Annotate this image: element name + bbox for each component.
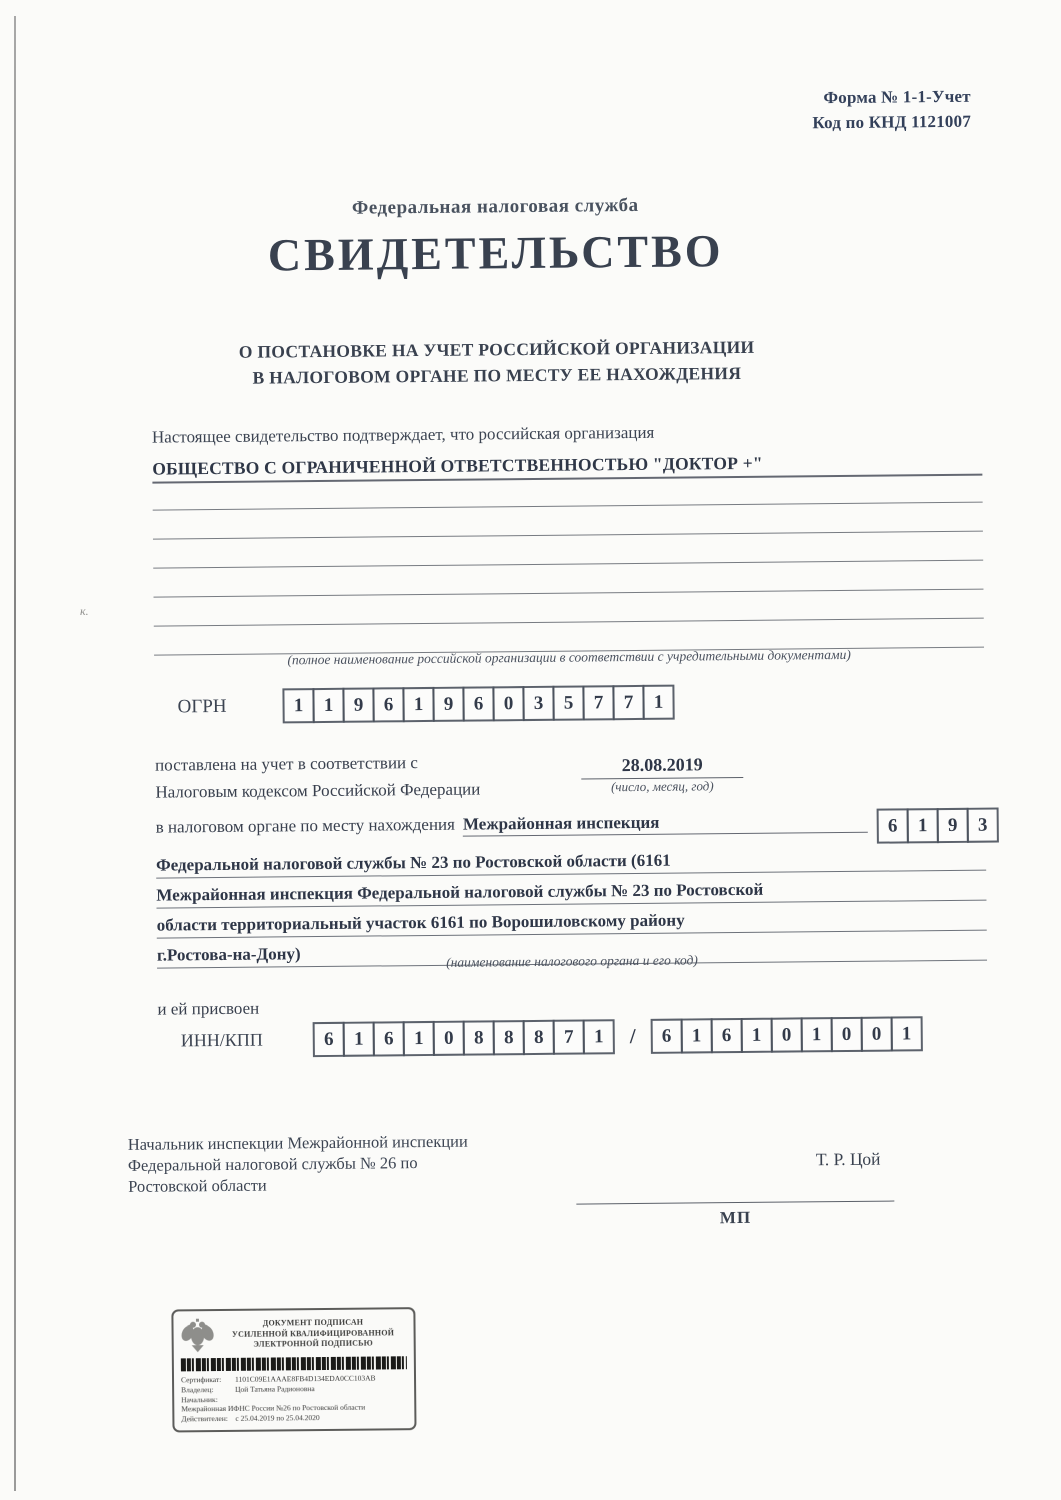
owner-label: Владелец: — [181, 1385, 235, 1395]
digit-box: 1 — [402, 687, 434, 722]
stamp-barcode — [181, 1356, 407, 1371]
digit-box: 0 — [770, 1017, 802, 1052]
inn-kpp-label: ИНН/КПП — [181, 1030, 263, 1052]
digit-box: 7 — [553, 1019, 585, 1054]
digit-box: 6 — [650, 1019, 682, 1054]
stamp-validity-row: Действителен: с 25.04.2019 по 25.04.2020 — [181, 1412, 407, 1424]
validity-value: с 25.04.2019 по 25.04.2020 — [235, 1412, 407, 1423]
digit-box: 1 — [800, 1017, 832, 1052]
ogrn-row: ОГРН 1196196035771 — [177, 685, 674, 725]
inn-kpp-separator: / — [630, 1024, 636, 1049]
tax-office-intro: в налоговом органе по месту нахождения — [156, 815, 463, 838]
scanned-document-page: к. Форма № 1-1-Учет Код по КНД 1121007 Ф… — [0, 0, 1061, 1500]
digit-box: 1 — [680, 1018, 712, 1053]
digit-box: 7 — [612, 685, 644, 720]
blank-ruled-lines — [152, 474, 984, 656]
stamp-title: ДОКУМЕНТ ПОДПИСАН УСИЛЕННОЙ КВАЛИФИЦИРОВ… — [219, 1317, 406, 1350]
digit-box: 6 — [372, 687, 404, 722]
form-header: Форма № 1-1-Учет Код по КНД 1121007 — [812, 84, 971, 136]
digit-box: 1 — [642, 685, 674, 720]
digit-box: 0 — [830, 1017, 862, 1052]
coat-of-arms-icon — [180, 1316, 214, 1354]
ogrn-digit-boxes: 1196196035771 — [282, 685, 674, 724]
registered-text-line2: Налоговым кодексом Российской Федерации — [155, 779, 480, 802]
digit-box: 9 — [342, 687, 374, 722]
signatory-position-line3: Ростовской области — [128, 1173, 468, 1197]
digit-box: 1 — [740, 1018, 772, 1053]
digit-box: 6 — [373, 1021, 405, 1056]
document-subtitle: О ПОСТАНОВКЕ НА УЧЕТ РОССИЙСКОЙ ОРГАНИЗА… — [0, 332, 998, 394]
signatory-position-line2: Федеральной налоговой службы № 26 по — [128, 1152, 468, 1176]
digit-box: 3 — [522, 686, 554, 721]
electronic-signature-stamp: ДОКУМЕНТ ПОДПИСАН УСИЛЕННОЙ КВАЛИФИЦИРОВ… — [171, 1307, 416, 1432]
validity-label: Действителен: — [181, 1414, 235, 1424]
knd-code-label: Код по КНД 1121007 — [812, 109, 971, 136]
digit-box: 9 — [432, 687, 464, 722]
digit-box: 1 — [403, 1021, 435, 1056]
tax-office-value-line1: Межрайонная инспекция — [463, 811, 868, 837]
digit-box: 1 — [890, 1016, 922, 1051]
digit-box: 1 — [312, 688, 344, 723]
digit-box: 8 — [493, 1020, 525, 1055]
digit-box: 6 — [710, 1018, 742, 1053]
certificate-label: Сертификат: — [181, 1375, 235, 1385]
digit-box: 6 — [462, 686, 494, 721]
signature-line — [576, 1165, 894, 1205]
document-title: СВИДЕТЕЛЬСТВО — [0, 222, 996, 285]
digit-box: 1 — [343, 1022, 375, 1057]
digit-box: 7 — [582, 685, 614, 720]
date-caption: (число, месяц, год) — [563, 778, 761, 796]
digit-box: 0 — [860, 1017, 892, 1052]
digit-box: 5 — [552, 685, 584, 720]
digit-box: 0 — [492, 686, 524, 721]
signatory-position: Начальник инспекции Межрайонной инспекци… — [128, 1131, 469, 1197]
inn-kpp-row: ИНН/КПП 6161088871 / 616101001 — [181, 1016, 923, 1058]
stamp-header: ДОКУМЕНТ ПОДПИСАН УСИЛЕННОЙ КВАЛИФИЦИРОВ… — [180, 1314, 406, 1354]
certificate-document: Форма № 1-1-Учет Код по КНД 1121007 Феде… — [0, 0, 1061, 1500]
digit-box: 6 — [313, 1022, 345, 1057]
owner-value: Цой Татьяна Радионовна — [235, 1383, 407, 1394]
digit-box: 8 — [523, 1020, 555, 1055]
assigned-text: и ей присвоен — [157, 999, 259, 1020]
registration-date: 28.08.2019 — [581, 754, 743, 780]
kpp-digit-boxes: 616101001 — [650, 1016, 922, 1054]
stamp-position-label: Начальник: — [181, 1394, 235, 1404]
registered-text-line1: поставлена на учет в соответствии с — [155, 753, 418, 776]
inn-digit-boxes: 6161088871 — [313, 1019, 615, 1057]
issuing-agency: Федеральная налоговая служба — [0, 192, 996, 224]
digit-box: 8 — [463, 1020, 495, 1055]
seal-placeholder-label: МП — [576, 1207, 894, 1230]
registration-date-block: 28.08.2019 (число, месяц, год) — [563, 754, 761, 796]
stamp-title-line3: ЭЛЕКТРОННОЙ ПОДПИСЬЮ — [220, 1338, 407, 1350]
digit-box: 1 — [282, 688, 314, 723]
digit-box: 1 — [583, 1019, 615, 1054]
tax-office-row1: в налоговом органе по месту нахождения М… — [156, 811, 868, 840]
ogrn-label: ОГРН — [177, 695, 226, 717]
form-number-label: Форма № 1-1-Учет — [812, 84, 971, 111]
digit-box: 0 — [433, 1021, 465, 1056]
